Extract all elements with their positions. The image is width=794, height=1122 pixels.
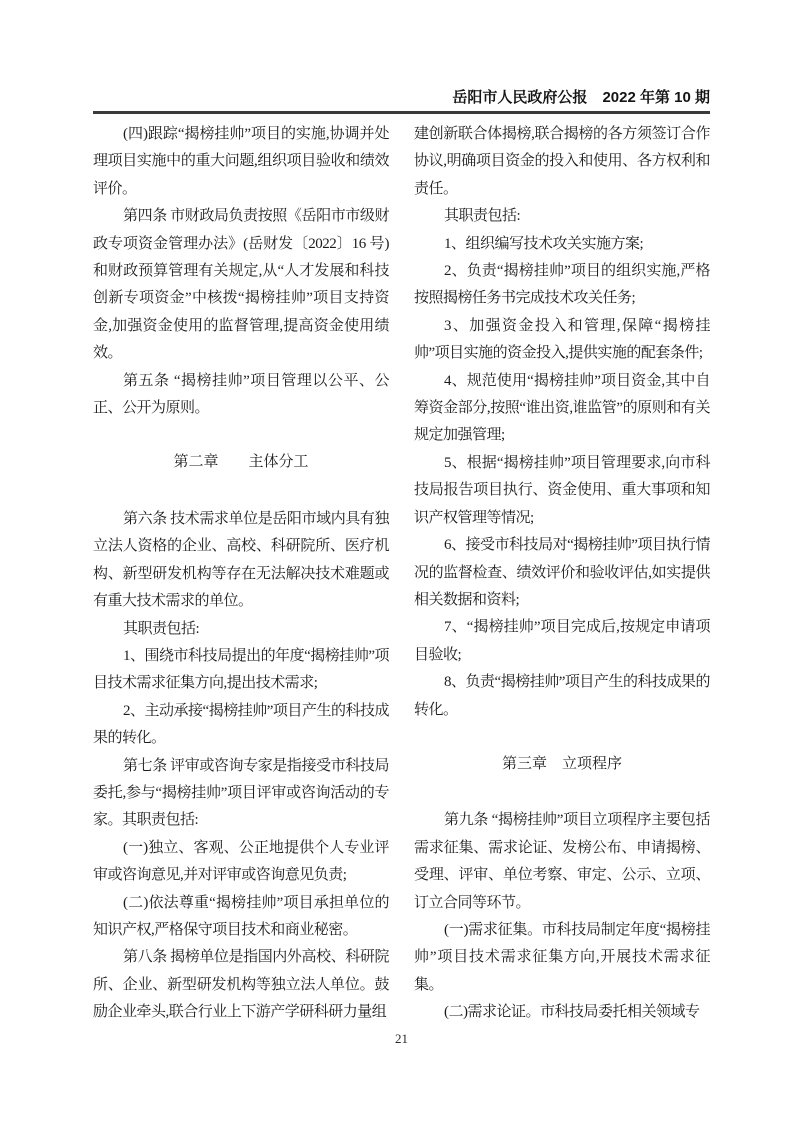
- page-header: 岳阳市人民政府公报2022 年第 10 期: [93, 86, 710, 107]
- issue-label: 2022 年第 10 期: [602, 89, 710, 106]
- page-number: 21: [93, 1031, 710, 1047]
- left-column: (四)跟踪“揭榜挂帅”项目的实施,协调并处理项目实施中的重大问题,组织项目验收和…: [93, 121, 389, 1027]
- body-paragraph: (二)依法尊重“揭榜挂帅”项目承担单位的知识产权,严格保守项目技术和商业秘密。: [93, 890, 389, 945]
- body-paragraph: 2、负责“揭榜挂帅”项目的组织实施,严格按照揭榜任务书完成技术攻关任务;: [414, 258, 710, 313]
- body-paragraph: 4、规范使用“揭榜挂帅”项目资金,其中自筹资金部分,按照“谁出资,谁监管”的原则…: [414, 368, 710, 450]
- body-paragraph: 7、“揭榜挂帅”项目完成后,按规定申请项目验收;: [414, 614, 710, 669]
- body-paragraph: 其职责包括:: [414, 203, 710, 230]
- body-paragraph: 第八条 揭榜单位是指国内外高校、科研院所、企业、新型研发机构等独立法人单位。鼓励…: [93, 944, 389, 1026]
- body-paragraph: 其职责包括:: [93, 616, 389, 643]
- gazette-title: 岳阳市人民政府公报: [452, 89, 587, 106]
- body-paragraph: 第五条 “揭榜挂帅”项目管理以公平、公正、公开为原则。: [93, 368, 389, 423]
- body-paragraph: (二)需求论证。市科技局委托相关领域专: [414, 999, 710, 1026]
- body-paragraph: (四)跟踪“揭榜挂帅”项目的实施,协调并处理项目实施中的重大问题,组织项目验收和…: [93, 121, 389, 203]
- header-rule: [93, 111, 710, 114]
- body-paragraph: 5、根据“揭榜挂帅”项目管理要求,向市科技局报告项目执行、资金使用、重大事项和知…: [414, 450, 710, 532]
- chapter-heading: 第二章 主体分工: [93, 449, 389, 476]
- document-page: 岳阳市人民政府公报2022 年第 10 期 (四)跟踪“揭榜挂帅”项目的实施,协…: [0, 0, 794, 1122]
- body-paragraph: 3、加强资金投入和管理,保障“揭榜挂帅”项目实施的资金投入,提供实施的配套条件;: [414, 313, 710, 368]
- body-paragraph: 8、负责“揭榜挂帅”项目产生的科技成果的转化。: [414, 669, 710, 724]
- body-paragraph: 1、组织编写技术攻关实施方案;: [414, 231, 710, 258]
- body-paragraph: 1、围绕市科技局提出的年度“揭榜挂帅”项目技术需求征集方向,提出技术需求;: [93, 643, 389, 698]
- body-paragraph: 第六条 技术需求单位是岳阳市域内具有独立法人资格的企业、高校、科研院所、医疗机构…: [93, 506, 389, 616]
- body-paragraph: (一)独立、客观、公正地提供个人专业评审或咨询意见,并对评审或咨询意见负责;: [93, 835, 389, 890]
- body-paragraph: 第七条 评审或咨询专家是指接受市科技局委托,参与“揭榜挂帅”项目评审或咨询活动的…: [93, 753, 389, 835]
- body-paragraph: 第九条 “揭榜挂帅”项目立项程序主要包括需求征集、需求论证、发榜公布、申请揭榜、…: [414, 807, 710, 917]
- page-content: 岳阳市人民政府公报2022 年第 10 期 (四)跟踪“揭榜挂帅”项目的实施,协…: [93, 0, 710, 1122]
- body-paragraph: 6、接受市科技局对“揭榜挂帅”项目执行情况的监督检查、绩效评价和验收评估,如实提…: [414, 532, 710, 614]
- body-paragraph: 第四条 市财政局负责按照《岳阳市市级财政专项资金管理办法》(岳财发〔2022〕1…: [93, 203, 389, 367]
- continuation-paragraph: 建创新联合体揭榜,联合揭榜的各方须签订合作协议,明确项目资金的投入和使用、各方权…: [414, 121, 710, 203]
- body-paragraph: (一)需求征集。市科技局制定年度“揭榜挂帅”项目技术需求征集方向,开展技术需求征…: [414, 917, 710, 999]
- two-column-body: (四)跟踪“揭榜挂帅”项目的实施,协调并处理项目实施中的重大问题,组织项目验收和…: [93, 121, 710, 1027]
- right-column: 建创新联合体揭榜,联合揭榜的各方须签订合作协议,明确项目资金的投入和使用、各方权…: [414, 121, 710, 1027]
- body-paragraph: 2、主动承接“揭榜挂帅”项目产生的科技成果的转化。: [93, 698, 389, 753]
- chapter-heading: 第三章 立项程序: [414, 751, 710, 778]
